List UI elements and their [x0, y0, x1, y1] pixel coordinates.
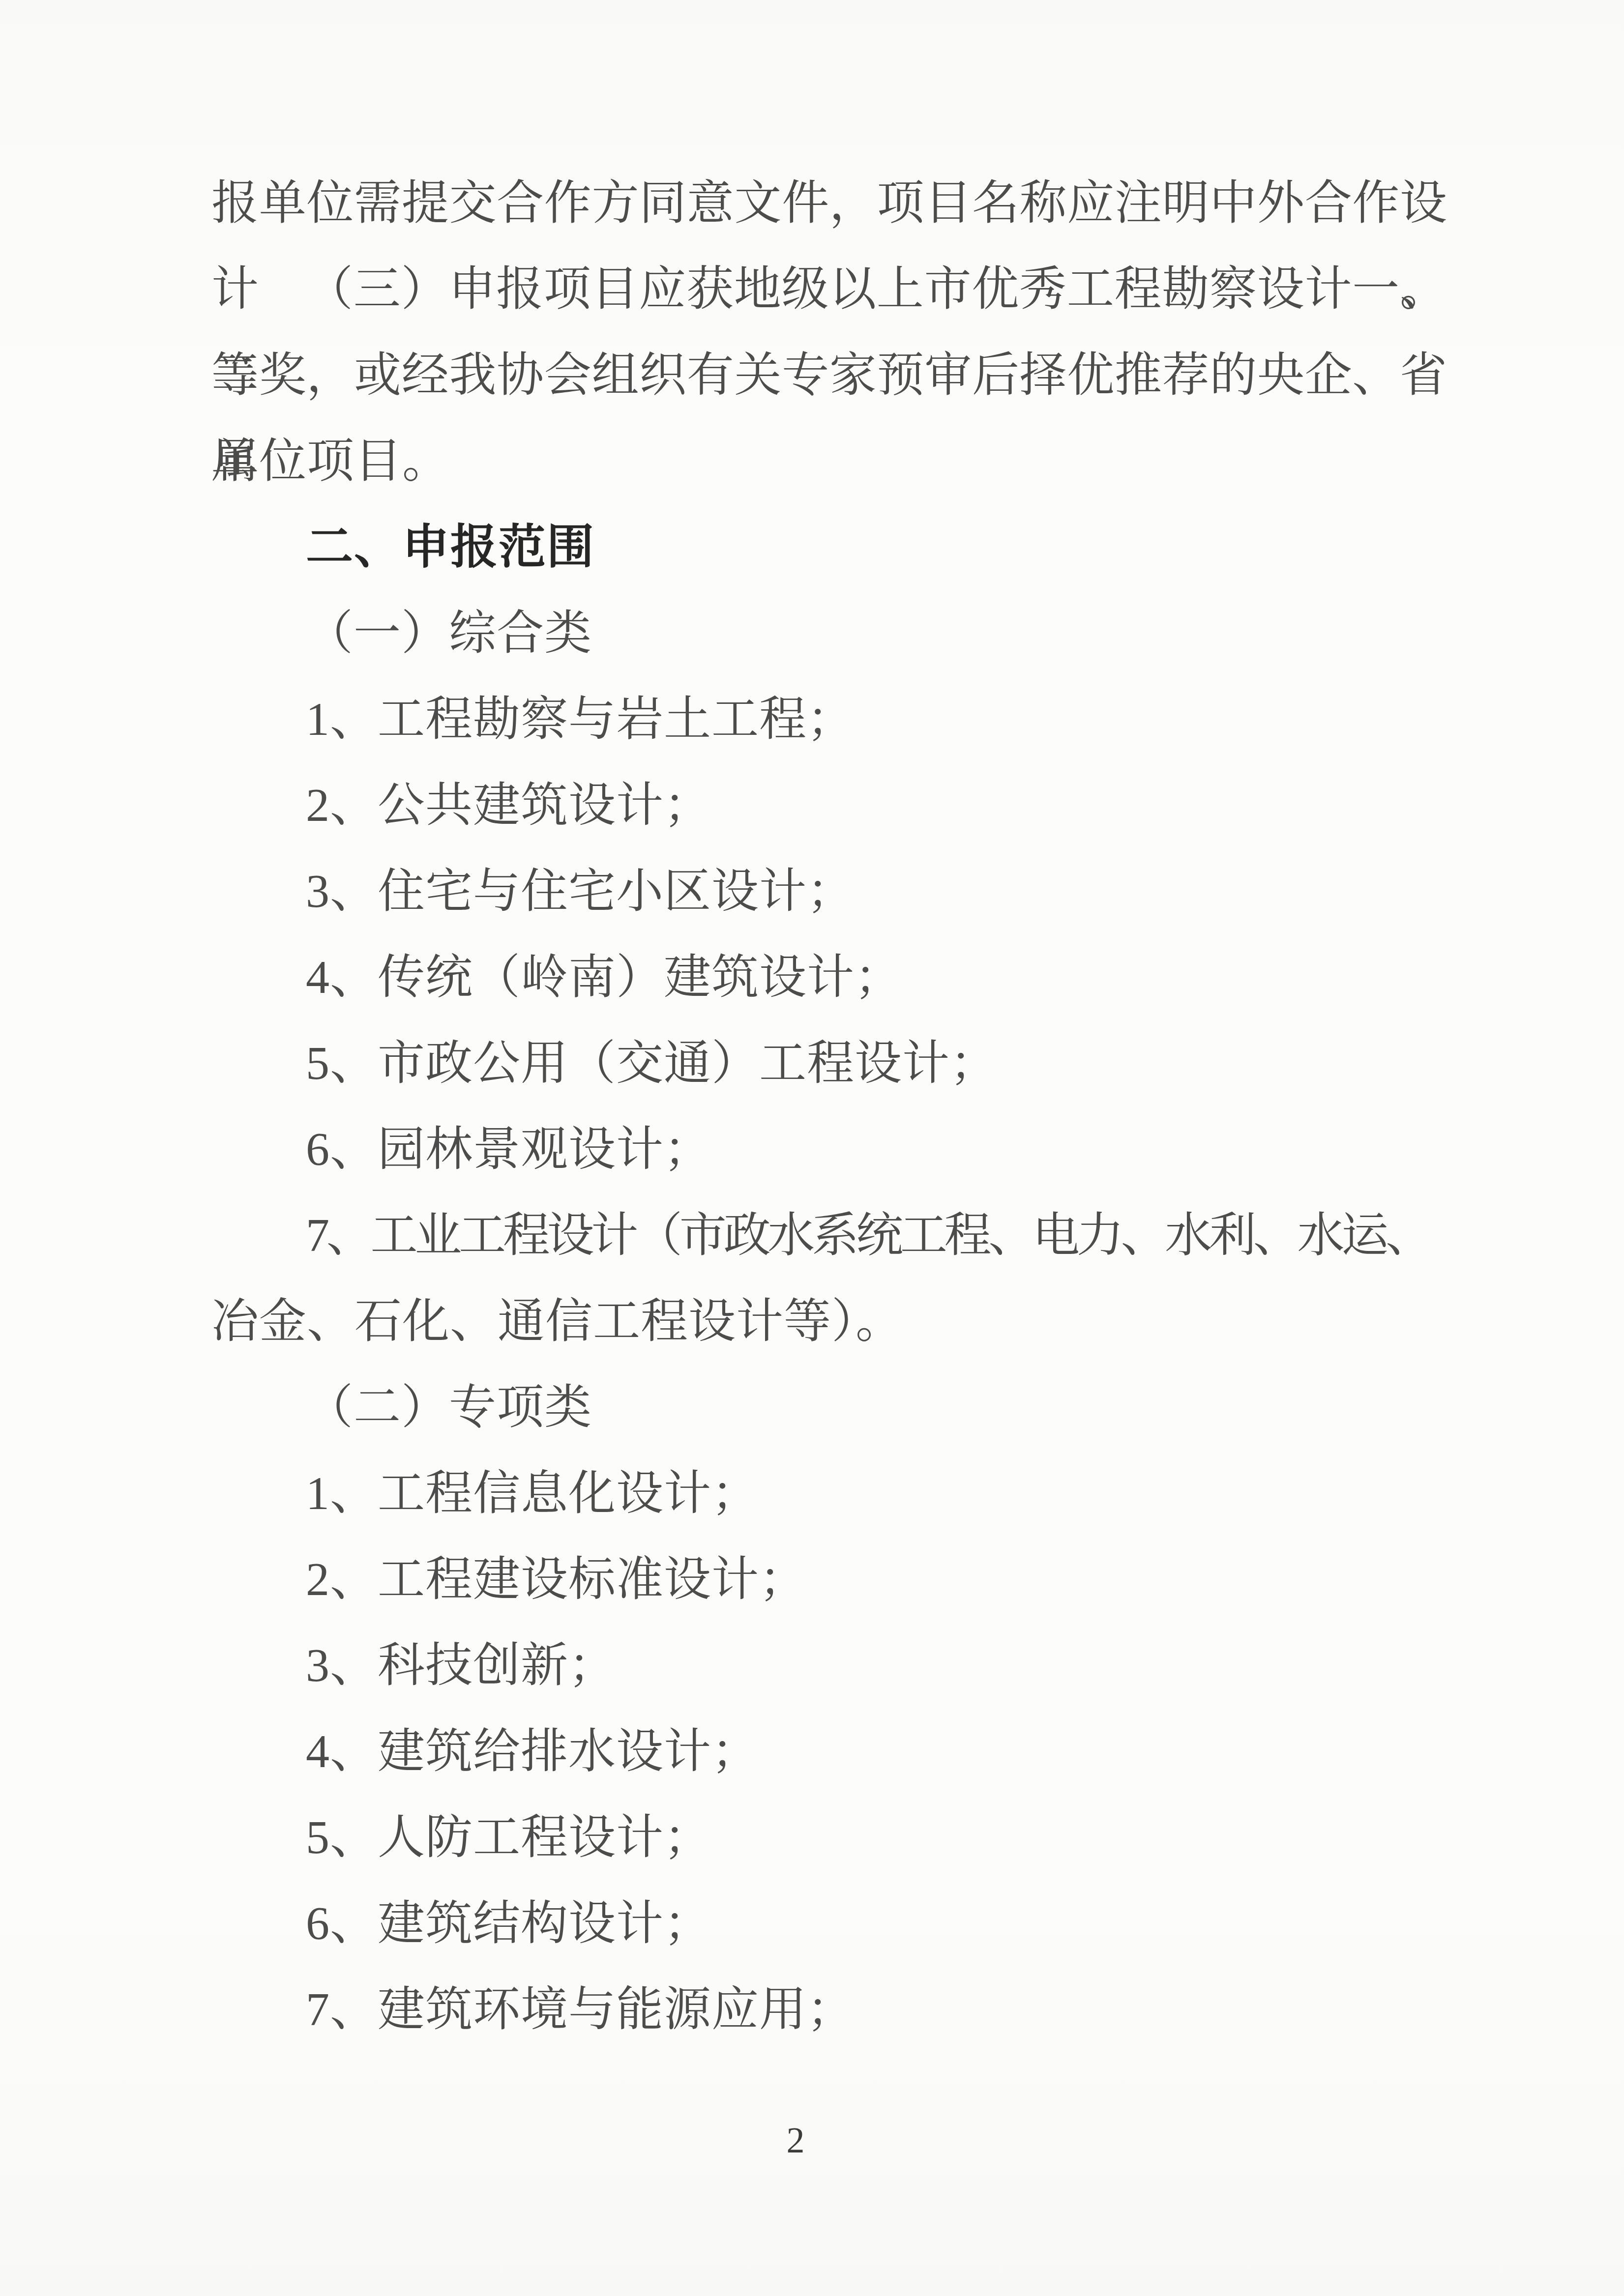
text-line: 5、市政公用（交通）工程设计；: [211, 1020, 1447, 1106]
text-line: 3、住宅与住宅小区设计；: [211, 848, 1447, 934]
text-line: 冶金、石化、通信工程设计等）。: [211, 1278, 1447, 1364]
text-line: 4、传统（岭南）建筑设计；: [211, 934, 1447, 1020]
text-line: 单位项目。: [211, 418, 1447, 504]
text-line: 7、建筑环境与能源应用；: [211, 1966, 1447, 2052]
text-line: 2、工程建设标准设计；: [211, 1536, 1447, 1622]
text-line: 1、工程勘察与岩土工程；: [211, 676, 1447, 762]
text-line: 4、建筑给排水设计；: [211, 1708, 1447, 1794]
text-line: （三）申报项目应获地级以上市优秀工程勘察设计一、二: [211, 246, 1447, 332]
text-line: 2、公共建筑设计；: [211, 762, 1447, 848]
text-line: 7、工业工程设计（市政水系统工程、电力、水利、水运、: [211, 1192, 1447, 1278]
text-line: 3、科技创新；: [211, 1622, 1447, 1708]
text-line: （二）专项类: [211, 1364, 1447, 1450]
text-line: 6、建筑结构设计；: [211, 1880, 1447, 1966]
text-line: （一）综合类: [211, 590, 1447, 676]
text-line: 报单位需提交合作方同意文件，项目名称应注明中外合作设计。: [211, 160, 1447, 246]
text-line: 6、园林景观设计；: [211, 1106, 1447, 1192]
text-line: 二、申报范围: [211, 504, 1447, 590]
text-line: 等奖，或经我协会组织有关专家预审后择优推荐的央企、省属: [211, 332, 1447, 418]
document-body: 报单位需提交合作方同意文件，项目名称应注明中外合作设计。（三）申报项目应获地级以…: [211, 160, 1447, 2052]
text-line: 5、人防工程设计；: [211, 1794, 1447, 1880]
document-page: 报单位需提交合作方同意文件，项目名称应注明中外合作设计。（三）申报项目应获地级以…: [0, 0, 1624, 2296]
page-number: 2: [771, 2101, 820, 2180]
text-line: 1、工程信息化设计；: [211, 1450, 1447, 1536]
